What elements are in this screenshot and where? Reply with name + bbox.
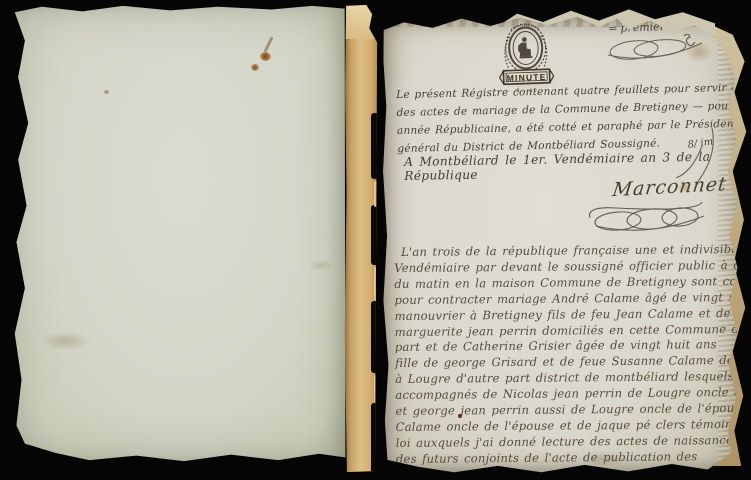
- stitch-thread: [374, 267, 378, 301]
- stitch-thread: [374, 375, 378, 403]
- stain: [263, 36, 273, 53]
- act-line: des futurs conjoints de l'acte de public…: [396, 449, 746, 468]
- stub-torn-top: [344, 5, 380, 39]
- left-blank-page: [8, 4, 346, 462]
- stain: [251, 64, 259, 71]
- stamp-banner-label: MINUTE: [507, 72, 547, 83]
- folio-prefix: =: [608, 22, 617, 35]
- stitch-gap: [371, 113, 380, 179]
- folio-paraph-flourish: [606, 34, 706, 66]
- stain: [308, 260, 334, 271]
- stitch-gap: [371, 205, 380, 265]
- stain: [260, 52, 271, 61]
- register-scan: MINUTE 4. s. =premier Le présent Régistr…: [0, 0, 751, 480]
- stitch-thread: [374, 181, 378, 207]
- signature-flourish: [584, 196, 710, 240]
- stain: [104, 90, 109, 94]
- right-written-page: MINUTE 4. s. =premier Le présent Régistr…: [382, 14, 744, 476]
- act-body: L'an trois de la république française un…: [394, 242, 746, 468]
- stitch-gap: [371, 301, 380, 373]
- stain: [42, 332, 90, 350]
- stitch-gap: [371, 403, 380, 473]
- seated-figure-emblem: [518, 37, 533, 59]
- binding-stub: [344, 5, 380, 473]
